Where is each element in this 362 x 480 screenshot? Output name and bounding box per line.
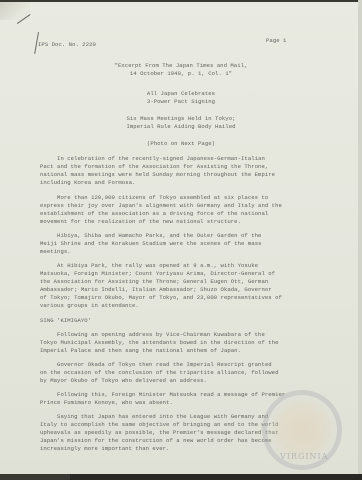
paragraph-line: Imperial Palace and then sang the nation… <box>40 347 241 355</box>
section-subheading: SING 'KIMIGAYO' <box>40 317 91 325</box>
paragraph-line: establishment of the association as a dr… <box>40 210 268 218</box>
paragraph-line: by Mayor Okubo of Tokyo who delivered an… <box>40 377 207 385</box>
page-edge <box>358 0 362 474</box>
page-label: Page 1 <box>266 37 286 45</box>
paragraph-line: In celebration of the recently-signed Ja… <box>40 155 265 163</box>
paragraph-line: Pact and the formation of the Associatio… <box>40 163 268 171</box>
paragraph-line: national mass meetings were held Sunday … <box>40 171 275 179</box>
headline-line-1: All Japan Celebrates <box>0 90 362 98</box>
paragraph-line: Following this, Foreign Minister Matsuok… <box>40 391 285 399</box>
paragraph-line: More than 120,000 citizens of Tokyo asse… <box>40 194 268 202</box>
source-line-1: "Excerpt From The Japan Times and Mail, <box>0 62 362 70</box>
paragraph-line: of Tokyo; Tomajiro Okubo, Mayor of Tokyo… <box>40 294 282 302</box>
photo-note: (Photo on Next Page) <box>0 140 362 148</box>
paragraph-line: Italy to accomplish the same objective o… <box>40 421 278 429</box>
paragraph-line: At Hibiya Park, the rally was opened at … <box>40 262 258 270</box>
paragraph-line: increasingly more important than ever. <box>40 445 169 453</box>
paragraph-line: Ambassador; Mario Indelli, Italian Ambas… <box>40 286 272 294</box>
paragraph-line: meetings. <box>40 248 71 256</box>
paragraph-line: various groups in attendance. <box>40 302 139 310</box>
document-page: IPS Doc. No. 2220 Page 1 "Excerpt From T… <box>0 2 362 474</box>
paragraph-line: Matsuoka, Foreign Minister; Count Yoriya… <box>40 270 275 278</box>
paragraph-line: including Korea and Formosa. <box>40 179 135 187</box>
paragraph-line: Following an opening address by Vice-Cha… <box>40 331 265 339</box>
subheadline-line-2: Imperial Rule Aiding Body Hailed <box>0 123 362 131</box>
paragraph-line: Tokyo Municipal Assembly, the attendants… <box>40 339 278 347</box>
paragraph-line: upheavals as speedily as possible, the P… <box>40 429 278 437</box>
paragraph-line: Saying that Japan has entered into the L… <box>40 413 268 421</box>
paragraph-line: Japan's mission for the construction of … <box>40 437 272 445</box>
paragraph-line: Prince Fumimaro Konoye, who was absent. <box>40 399 173 407</box>
paragraph-line: express their joy over Japan's alignment… <box>40 202 282 210</box>
headline-line-2: 3-Power Pact Signing <box>0 98 362 106</box>
paragraph-line: Meiji Shrine and the Korakuen Stadium we… <box>40 240 261 248</box>
subheadline-line-1: Six Mass Meetings Held in Tokyo; <box>0 115 362 123</box>
source-line-2: 14 October 1940, p. 1, Col. 1" <box>0 70 362 78</box>
scan-shadow <box>70 474 362 480</box>
stamp-text: VIRGINIA <box>280 452 328 461</box>
paragraph-line: Governor Okada of Tokyo then read the Im… <box>40 361 272 369</box>
paragraph-line: on the occasion of the conclusion of the… <box>40 369 278 377</box>
paragraph-line: the Association for Assisting the Throne… <box>40 278 268 286</box>
doc-number: IPS Doc. No. 2220 <box>38 41 96 49</box>
paragraph-line: Hibiya, Shiba and Hamacho Parks, and the… <box>40 232 261 240</box>
paragraph-line: movement for the realization of the new … <box>40 218 241 226</box>
